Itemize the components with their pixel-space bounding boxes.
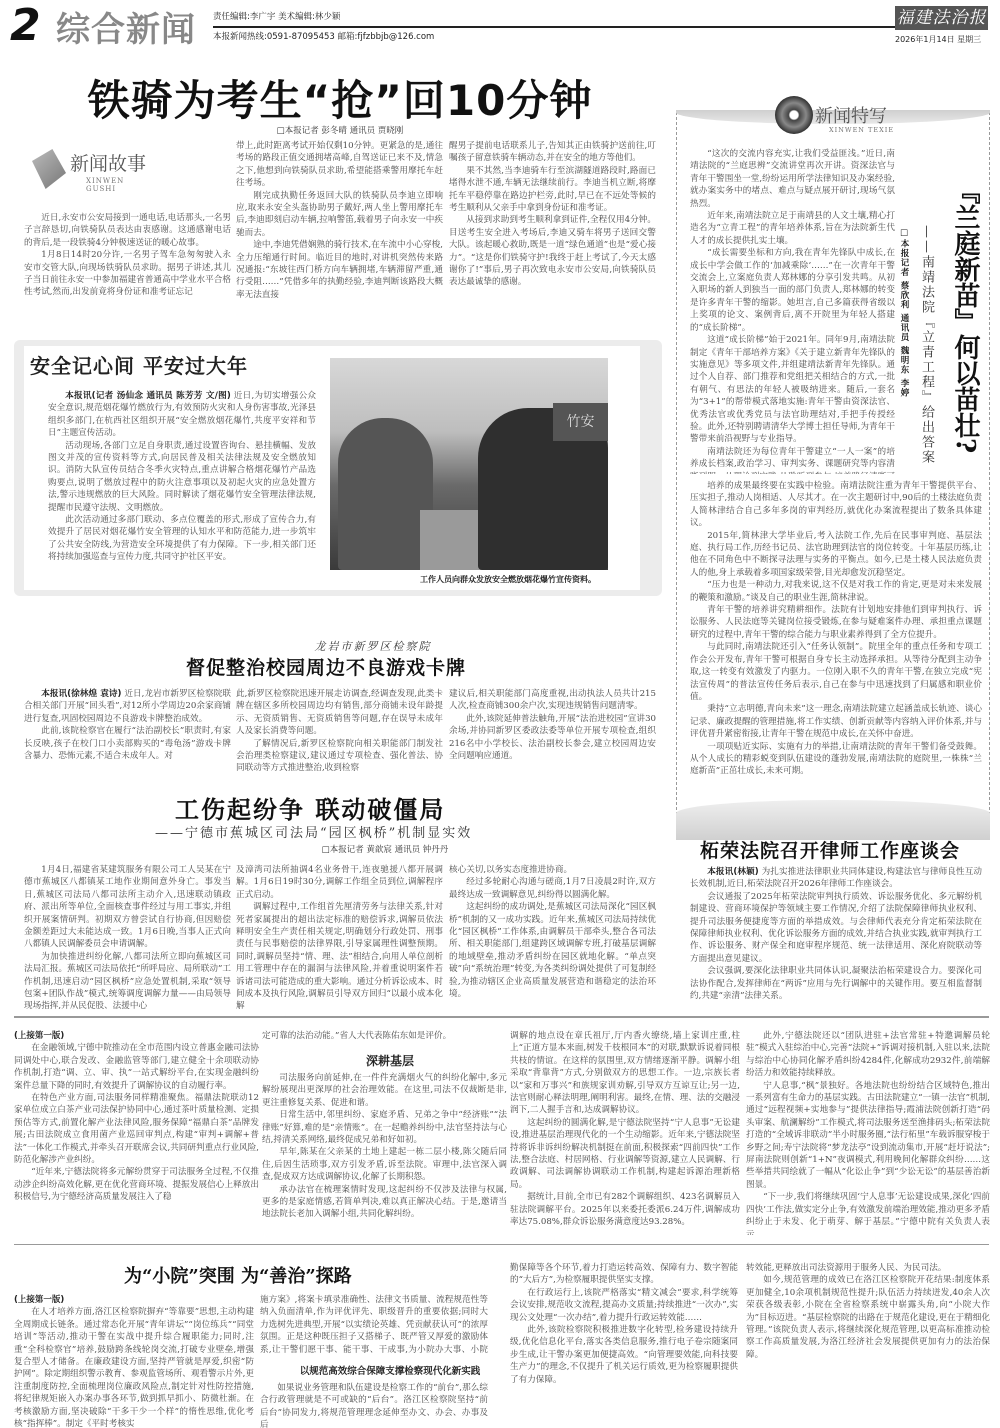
masthead-logo: 福建法治报 <box>895 6 988 30</box>
column-logo-news-feature: 新闻特写 XINWEN TEXIE <box>775 92 905 144</box>
article-continued-b-col2: 施方案》,将案卡填录准确性、法律文书质量、流程规范性等纳入负面清单,作为评优评先… <box>260 1294 488 1356</box>
camera-icon <box>775 96 813 134</box>
article-workinjury-col2: 及漳湾司法所抽调4名业务骨干,连夜驰援八都开展调解。1月6日19时30分,调解工… <box>236 864 443 1009</box>
subheadline-feature-vertical: ——南靖法院『立青工程』给出答案 <box>918 225 934 465</box>
headline-tieqi: 铁骑为考生“抢”回10分钟 <box>40 68 640 128</box>
article-continued-b-col3-top: 勤保障等各个环节,着力打造运转高效、保障有力、数字智能的“大后方”,为检察履职提… <box>510 1262 738 1428</box>
article-continued-a-col1: (上接第一版) 在金融领域,宁德中院推动在全市范围内设立普惠金融司法协同调处中心… <box>14 1030 259 1235</box>
article-safety: 本报讯(记者 汤仙念 通讯员 陈芳芳 文/图) 近日,为切实增强公众安全意识,规… <box>48 390 316 590</box>
headline-game-cards: 督促整治校园周边不良游戏卡牌 <box>186 653 466 680</box>
section-heading-shengeng: 深耕基层 <box>345 1052 435 1069</box>
headline-work-injury: 工伤起纷争 联动破僵局 <box>175 790 445 825</box>
article-gamecards-col1: 本报讯(徐林煌 袁诗) 近日,龙岩市新罗区检察院联合相关部门开展“回头看”,对1… <box>24 688 231 776</box>
subheading-procuratorate: 以规范高效综合保障支撑检察现代化新实践 <box>280 1363 500 1377</box>
article-tieqi-col1: 近日,永安市公安局接到一通电话,电话那头,一名男子言辞恳切,向铁骑队员表达由衷感… <box>24 212 231 337</box>
article-continued-a-col2: 定可靠的法治动能。”省人大代表陈佑东如是评价。 <box>262 1030 507 1050</box>
article-feature-bottom: 培养的成果最终要在实践中检验。南靖法院注重为青年干警提供平台、压实担子,推动人岗… <box>690 480 982 800</box>
paper-plane-icon <box>32 149 66 189</box>
section-divider <box>14 1244 989 1245</box>
byline-work-injury: □本报记者 黄歆宸 通讯员 钟丹丹 <box>260 843 510 855</box>
article-continued-b-col1: (上接第一版) 在人才培养方面,洛江区检察院摒弃“等靠要”思想,主动构建全周期成… <box>14 1294 254 1428</box>
article-tieqi-col2: 带上,此时距离考试开始仅剩10分钟。更紧急的是,通往考场的路段正值交通拥堵高峰,… <box>236 140 443 338</box>
section-title: 综合新闻 <box>56 2 196 51</box>
subheadline-work-injury: ——宁德市蕉城区司法局“园区枫桥”机制显实效 <box>155 822 472 841</box>
headline-feature-vertical: 『兰庭新苗』何以苗壮? <box>948 178 980 453</box>
byline-tieqi: □本报记者 彭冬晴 通讯员 贾晓刚 <box>40 124 640 136</box>
byline-feature-vertical: □本报记者 蔡欣利 通讯员 魏明东 李婷 <box>898 228 910 397</box>
article-continued-a-col2b: 司法服务向前延伸,在一件件充满烟火气的纠纷化解中,多元解纷展现出更深厚的社会治理… <box>262 1072 507 1235</box>
headline-xiaoyuan: 为“小院”突围 为“善治”探路 <box>124 1262 352 1288</box>
editors-credit: 责任编辑:李广宇 美术编辑:林少颖 <box>213 10 340 22</box>
section-divider <box>14 1016 989 1018</box>
photo-caption: 工作人员向群众发放安全燃放烟花爆竹宣传资料。 <box>420 574 596 585</box>
headline-zherong: 柘荣法院召开律师工作座谈会 <box>700 836 960 863</box>
headline-safety: 安全记心间 平安过大年 <box>30 350 290 379</box>
photo-fireworks-promotion: 竹安 <box>330 358 608 570</box>
article-gamecards-col3: 建议后,相关职能部门高度重视,出动执法人员共计215人次,检查商铺300余户次,… <box>449 688 656 776</box>
article-continued-a-col3: 调解的地点设在章氏祖厅,厅内香火缭绕,墙上家训庄重,柱上“正道方显本来面,树发千… <box>510 1030 740 1235</box>
article-continued-b-col3: 如果说业务管理和队伍建设是检察工作的“前台”,那么综合行政管理就是不可或缺的“后… <box>260 1382 488 1428</box>
article-zherong: 本报讯(林颖) 为扎实推进法律职业共同体建设,构建法官与律师良性互动长效机制,近… <box>690 866 982 1006</box>
news-hotline: 本报新闻热线:0591-87095453 邮箱:fjfzbbjb@126.com <box>213 30 434 42</box>
article-continued-b-col5: 转效能,更释放出司法资源用于服务人民、为民司法。如今,规范管理的成效已在洛江区检… <box>746 1262 990 1428</box>
article-workinjury-col3: 核心关切,以务实态度推进协商。经过多轮耐心沟通与磋商,1月7日凌晨2时许,双方最… <box>449 864 656 1009</box>
article-feature-top: “这次的交流内容充实,让我们受益匪浅。”近日,南靖法院的“兰庭思辨”交流讲堂再次… <box>690 148 895 474</box>
page-number: 2 <box>10 0 41 51</box>
article-continued-a-col4: 此外,宁德法院还以“团队进驻+法官常驻+特邀调解员轮驻”模式入驻综治中心,完善“… <box>746 1030 990 1235</box>
column-logo-news-story: 新闻故事 XINWEN GUSHI <box>28 143 153 203</box>
article-tieqi-col3: 醒男子提前电话联系儿子,告知其正由铁骑护送前往,叮嘱孩子留意铁骑车辆动态,并在安… <box>449 140 656 338</box>
header-rule <box>213 26 895 28</box>
article-gamecards-col2: 此,新罗区检察院迅速开展走访调查,经调查发现,此类卡牌在辖区多所校园周边均有销售… <box>236 688 443 776</box>
issue-date: 2026年1月14日 星期三 <box>895 34 981 45</box>
kicker-xinluo: 龙岩市新罗区检察院 <box>258 638 488 654</box>
article-workinjury-col1: 1月4日,福建省某建筑服务有限公司工人吴某在宁德市蕉城区八都镇某工地作业期间意外… <box>24 864 231 1009</box>
